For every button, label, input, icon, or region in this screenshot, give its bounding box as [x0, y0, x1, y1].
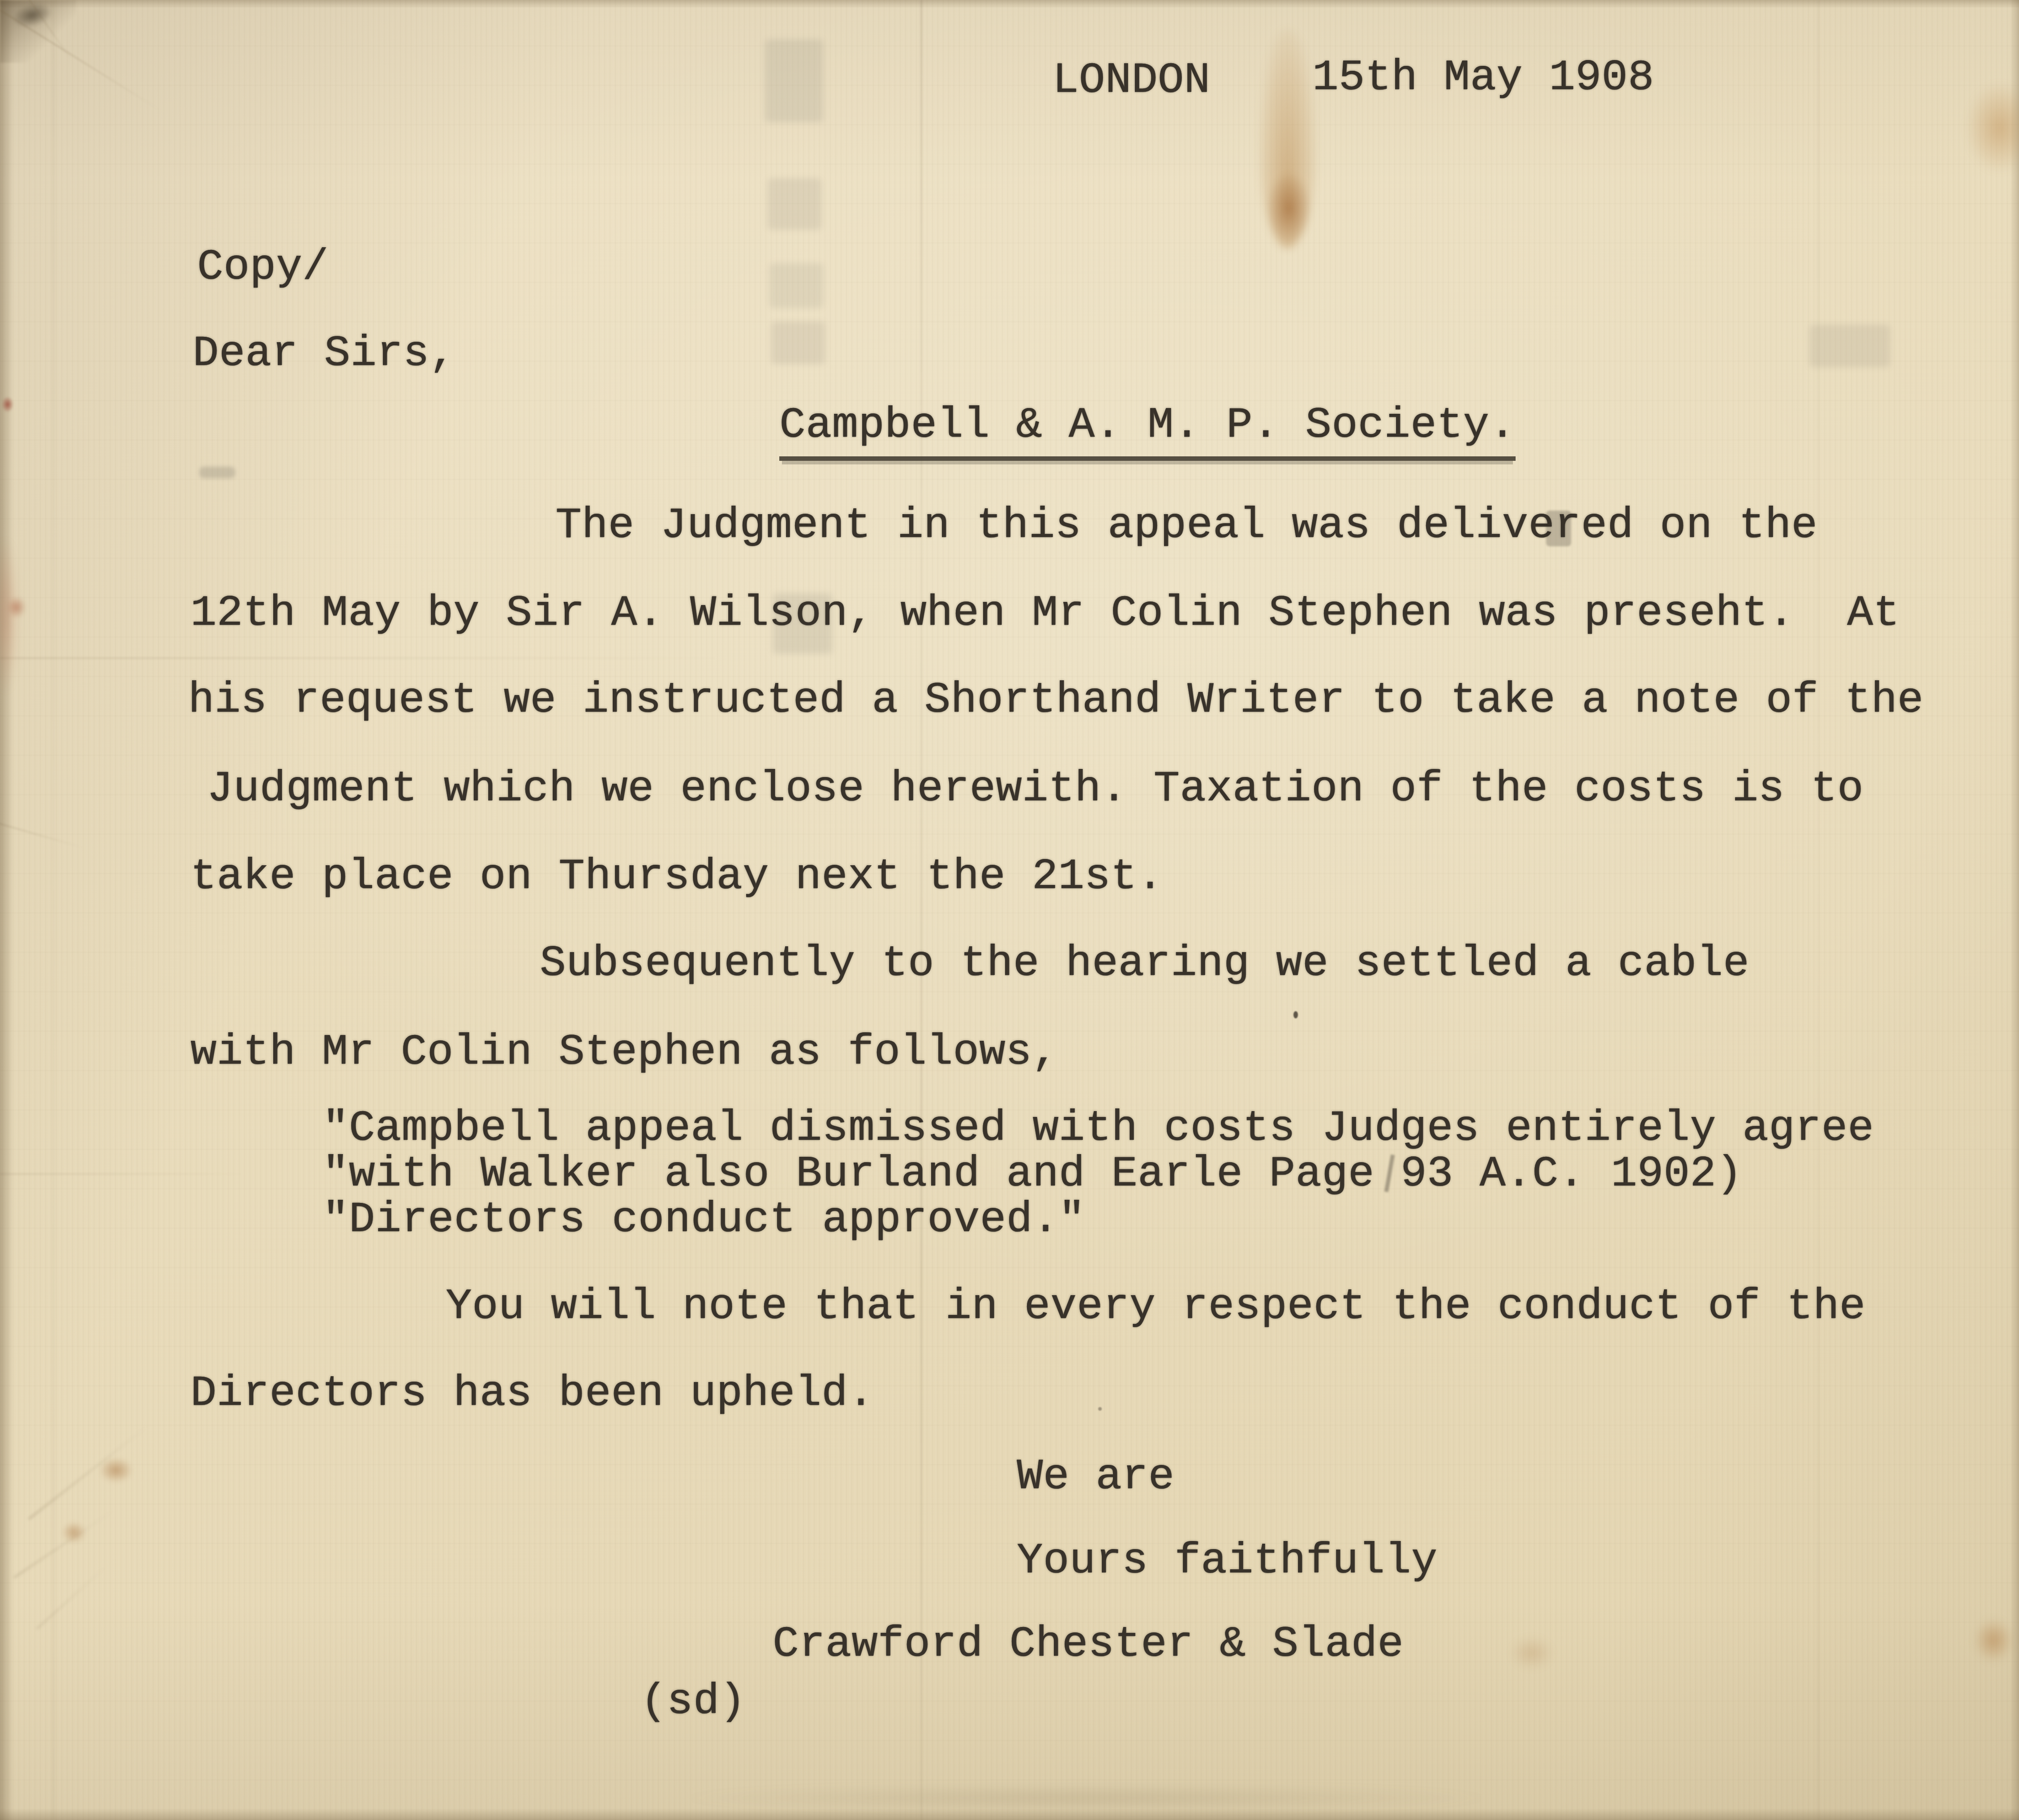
ink-speck-1 [1293, 1011, 1298, 1018]
dateline-date: 15th May 1908 [1312, 55, 1654, 102]
ghost-smudge-2 [768, 178, 821, 230]
paper-edge-left [0, 0, 13, 1820]
stain-left-spot [7, 597, 26, 618]
crease-vertical-right [1817, 0, 1819, 1820]
stain-edge-red-mark [2, 397, 13, 412]
subject-line: Campbell & A. M. P. Society. [779, 402, 1516, 461]
crease-horizontal-2 [0, 1173, 251, 1175]
cable-quote-line2: "with Walker also Burland and Earle Page… [322, 1151, 1742, 1198]
ghost-smudge-4 [771, 322, 825, 364]
closing-we-are: We are [1017, 1454, 1174, 1501]
dateline-place: LONDON [1052, 57, 1210, 104]
para1-line3: his request we instructed a Shorthand Wr… [188, 677, 1924, 724]
stain-bottomleft-2 [62, 1522, 86, 1543]
overstrike-delivered [1546, 511, 1571, 546]
copy-mark: Copy/ [197, 244, 329, 291]
para3-line2: Directors has been upheld. [190, 1370, 874, 1417]
paper-edge-top [0, 0, 2019, 8]
signature-firm-name: Crawford Chester & Slade [773, 1621, 1404, 1668]
ghost-smudge-copy [199, 467, 235, 478]
para1-line2: 12th May by Sir A. Wilson, when Mr Colin… [190, 590, 1899, 637]
stain-rust-blob [1267, 172, 1311, 244]
cable-quote-line3: "Directors conduct approved." [322, 1197, 1085, 1244]
crease-horizontal-1 [0, 657, 739, 659]
cable-quote-line1: "Campbell appeal dismissed with costs Ju… [322, 1105, 1874, 1152]
stain-bottomleft-1 [99, 1458, 133, 1483]
salutation: Dear Sirs, [193, 331, 455, 378]
stain-bottomright-edge [1974, 1619, 2013, 1662]
para1-line4: Judgment which we enclose herewith. Taxa… [207, 766, 1864, 813]
ink-speck-2 [1098, 1407, 1102, 1411]
crease-vertical-center [920, 0, 922, 1820]
signed-mark: (sd) [640, 1678, 746, 1726]
ghost-smudge-right [1809, 325, 1890, 367]
para1-line1: The Judgment in this appeal was delivere… [555, 502, 1817, 549]
paper-edge-right [2010, 0, 2019, 1820]
ghost-smudge-3 [769, 263, 823, 308]
closing-valediction: Yours faithfully [1017, 1538, 1437, 1585]
para1-line5: take place on Thursday next the 21st. [190, 854, 1163, 901]
para2-line1: Subsequently to the hearing we settled a… [540, 940, 1749, 987]
ghost-smudge-1 [765, 39, 823, 122]
crease-vertical-leftmargin [53, 0, 54, 1820]
stain-bottom-faint [1510, 1637, 1553, 1669]
para3-line1: You will note that in every respect the … [446, 1283, 1865, 1331]
para2-line2: with Mr Colin Stephen as follows, [190, 1029, 1058, 1076]
letter-page: LONDON 15th May 1908 Copy/ Dear Sirs, Ca… [0, 0, 2019, 1820]
wrinkle-bottom-center [672, 1785, 1500, 1811]
